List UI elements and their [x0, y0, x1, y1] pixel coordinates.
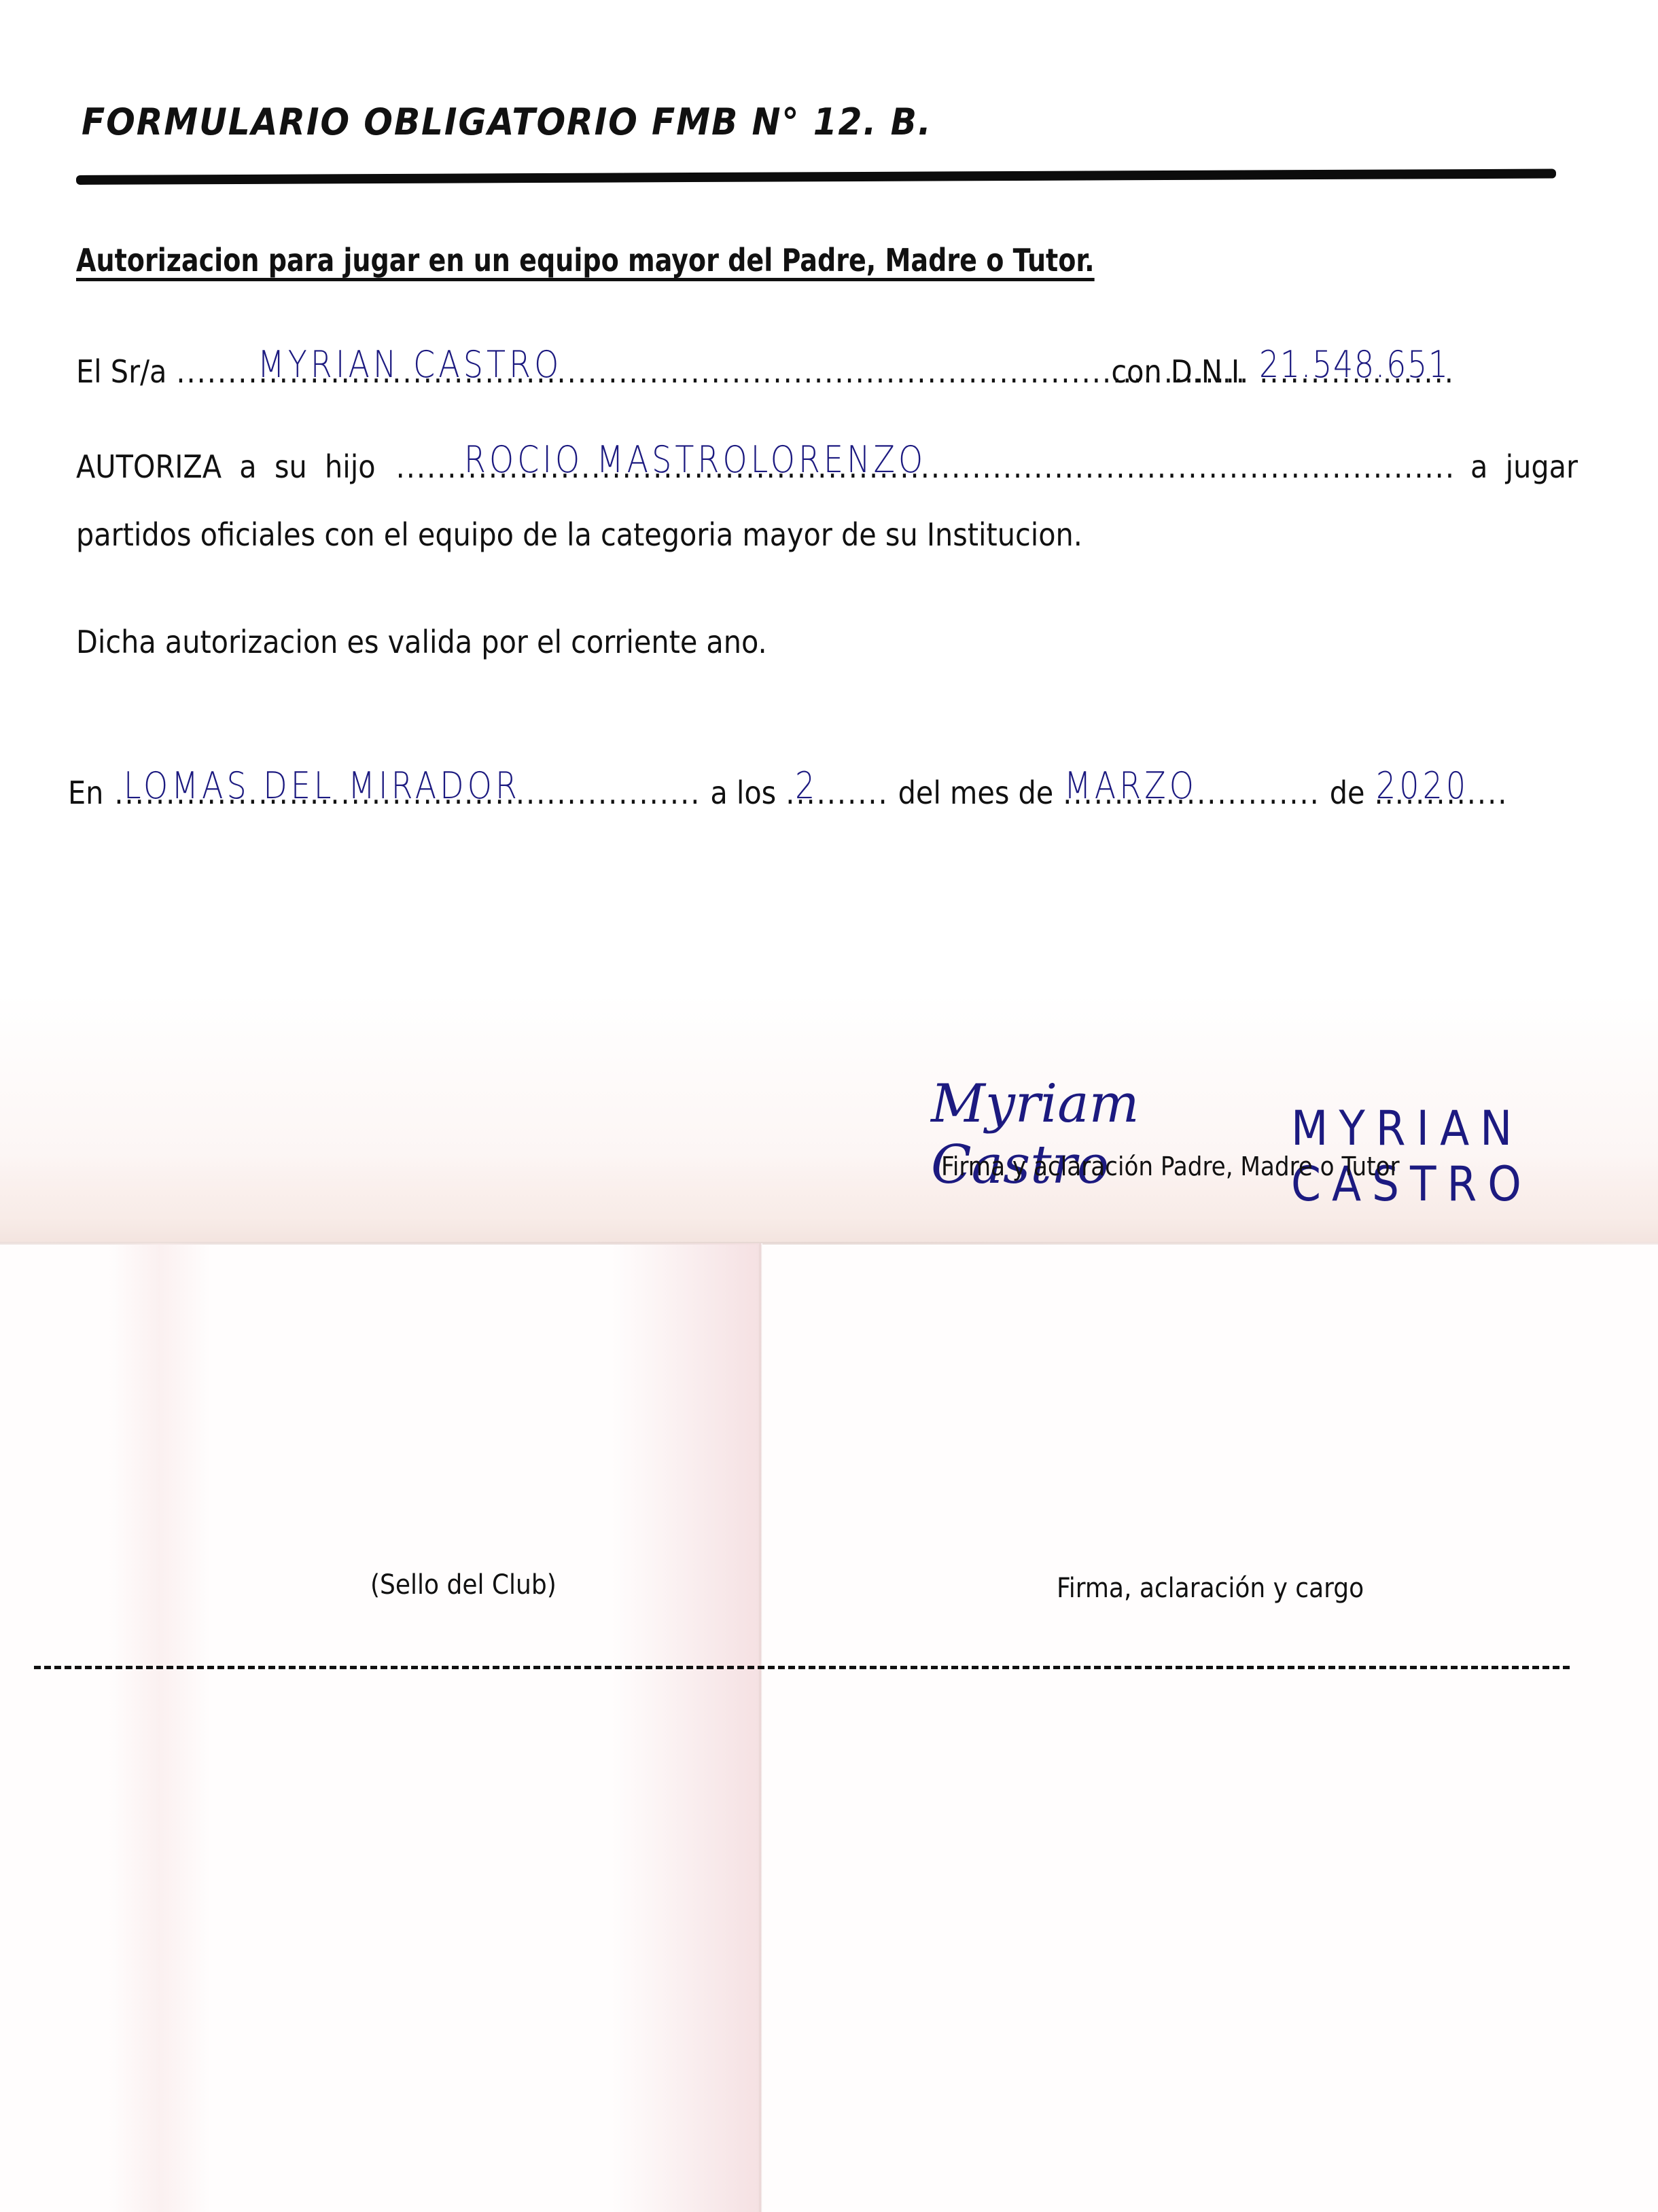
child-name-value: ROCIO MASTROLORENZO — [464, 438, 926, 481]
day-field[interactable]: .......... 2 — [786, 774, 888, 811]
signature-caption: Firma y aclaración Padre, Madre o Tutor — [941, 1152, 1400, 1181]
parent-name-field[interactable]: ........................................… — [176, 353, 1100, 390]
paper-shade — [612, 1243, 758, 2212]
label-autoriza: AUTORIZA a su hijo — [76, 448, 376, 485]
club-signature-label: Firma, aclaración y cargo — [1057, 1573, 1364, 1604]
child-name-field[interactable]: ........................................… — [396, 448, 1456, 485]
body-text-line3: partidos oficiales con el equipo de la c… — [76, 516, 1082, 553]
label-de: de — [1330, 774, 1365, 811]
place-field[interactable]: ........................................… — [114, 774, 701, 811]
place-value: LOMAS DEL MIRADOR — [124, 764, 521, 807]
form-title: FORMULARIO OBLIGATORIO FMB N° 12. B. — [82, 101, 932, 143]
dni-field[interactable]: ................... 21.548.651 — [1259, 353, 1455, 390]
date-line: En .....................................… — [68, 774, 1508, 811]
body-text-line4: Dicha autorizacion es valida por el corr… — [76, 624, 767, 660]
child-line: AUTORIZA a su hijo .....................… — [76, 448, 1551, 485]
year-value: 2020 — [1376, 764, 1469, 807]
parent-line: El Sr/a ................................… — [76, 353, 1551, 390]
month-value: MARZO — [1064, 764, 1197, 807]
month-field[interactable]: ......................... MARZO — [1063, 774, 1320, 811]
horizontal-fold — [0, 1242, 1658, 1245]
paper-upper-panel — [0, 0, 1658, 1243]
dashed-cut-line — [34, 1666, 1570, 1669]
label-a-jugar: a jugar — [1470, 448, 1578, 485]
parent-name-value: MYRIAN CASTRO — [258, 343, 562, 386]
paper-shade — [109, 1243, 211, 2212]
label-sr: El Sr/a — [76, 353, 166, 390]
club-stamp-label: (Sello del Club) — [370, 1569, 557, 1601]
vertical-fold — [758, 1243, 762, 2212]
day-value: 2 — [795, 764, 818, 807]
label-mes: del mes de — [898, 774, 1054, 811]
label-en: En — [68, 774, 103, 811]
form-subtitle: Autorizacion para jugar en un equipo may… — [76, 242, 1095, 279]
dni-value: 21.548.651 — [1259, 343, 1449, 386]
year-field[interactable]: ............. 2020 — [1375, 774, 1509, 811]
label-a-los: a los — [710, 774, 776, 811]
